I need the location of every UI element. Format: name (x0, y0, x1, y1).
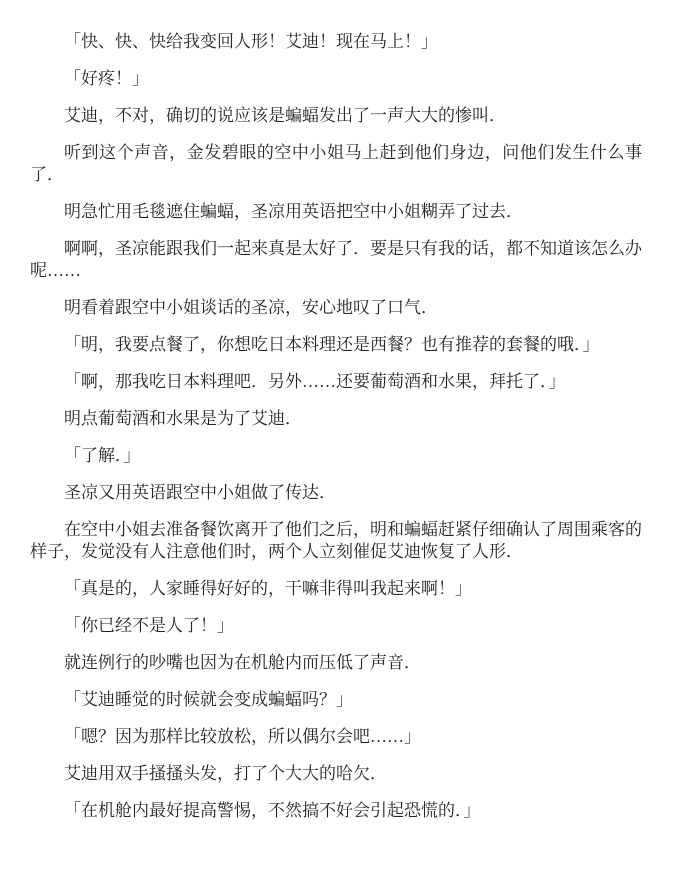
text-page: 「快、快、快给我变回人形！艾迪！现在马上！」 「好疼！」 艾迪，不对，确切的说应… (0, 0, 680, 880)
paragraph: 圣凉又用英语跟空中小姐做了传达． (30, 482, 642, 504)
paragraph: 就连例行的吵嘴也因为在机舱内而压低了声音． (30, 652, 642, 674)
paragraph: 「了解．」 (30, 445, 642, 467)
paragraph: 「真是的，人家睡得好好的，干嘛非得叫我起来啊！」 (30, 578, 642, 600)
paragraph: 「在机舱内最好提高警惕，不然搞不好会引起恐慌的．」 (30, 800, 642, 822)
paragraph: 明急忙用毛毯遮住蝙蝠，圣凉用英语把空中小姐糊弄了过去． (30, 201, 642, 223)
paragraph: 「艾迪睡觉的时候就会变成蝙蝠吗？」 (30, 689, 642, 711)
paragraph: 听到这个声音，金发碧眼的空中小姐马上赶到他们身边，问他们发生什么事了． (30, 142, 642, 186)
paragraph: 「好疼！」 (30, 68, 642, 90)
paragraph: 「快、快、快给我变回人形！艾迪！现在马上！」 (30, 31, 642, 53)
paragraph: 明看着跟空中小姐谈话的圣凉，安心地叹了口气． (30, 297, 642, 319)
paragraph: 艾迪，不对，确切的说应该是蝙蝠发出了一声大大的惨叫． (30, 105, 642, 127)
paragraph: 明点葡萄酒和水果是为了艾迪． (30, 408, 642, 430)
paragraph: 「明，我要点餐了，你想吃日本料理还是西餐？也有推荐的套餐的哦．」 (30, 334, 642, 356)
paragraph: 「你已经不是人了！」 (30, 615, 642, 637)
paragraph: 啊啊，圣凉能跟我们一起来真是太好了．要是只有我的话，都不知道该怎么办呢…… (30, 238, 642, 282)
paragraph: 艾迪用双手搔搔头发，打了个大大的哈欠． (30, 763, 642, 785)
paragraph: 「嗯？因为那样比较放松，所以偶尔会吧……」 (30, 726, 642, 748)
paragraph: 在空中小姐去准备餐饮离开了他们之后，明和蝙蝠赶紧仔细确认了周围乘客的样子，发觉没… (30, 519, 642, 563)
paragraph: 「啊，那我吃日本料理吧．另外……还要葡萄酒和水果，拜托了．」 (30, 371, 642, 393)
